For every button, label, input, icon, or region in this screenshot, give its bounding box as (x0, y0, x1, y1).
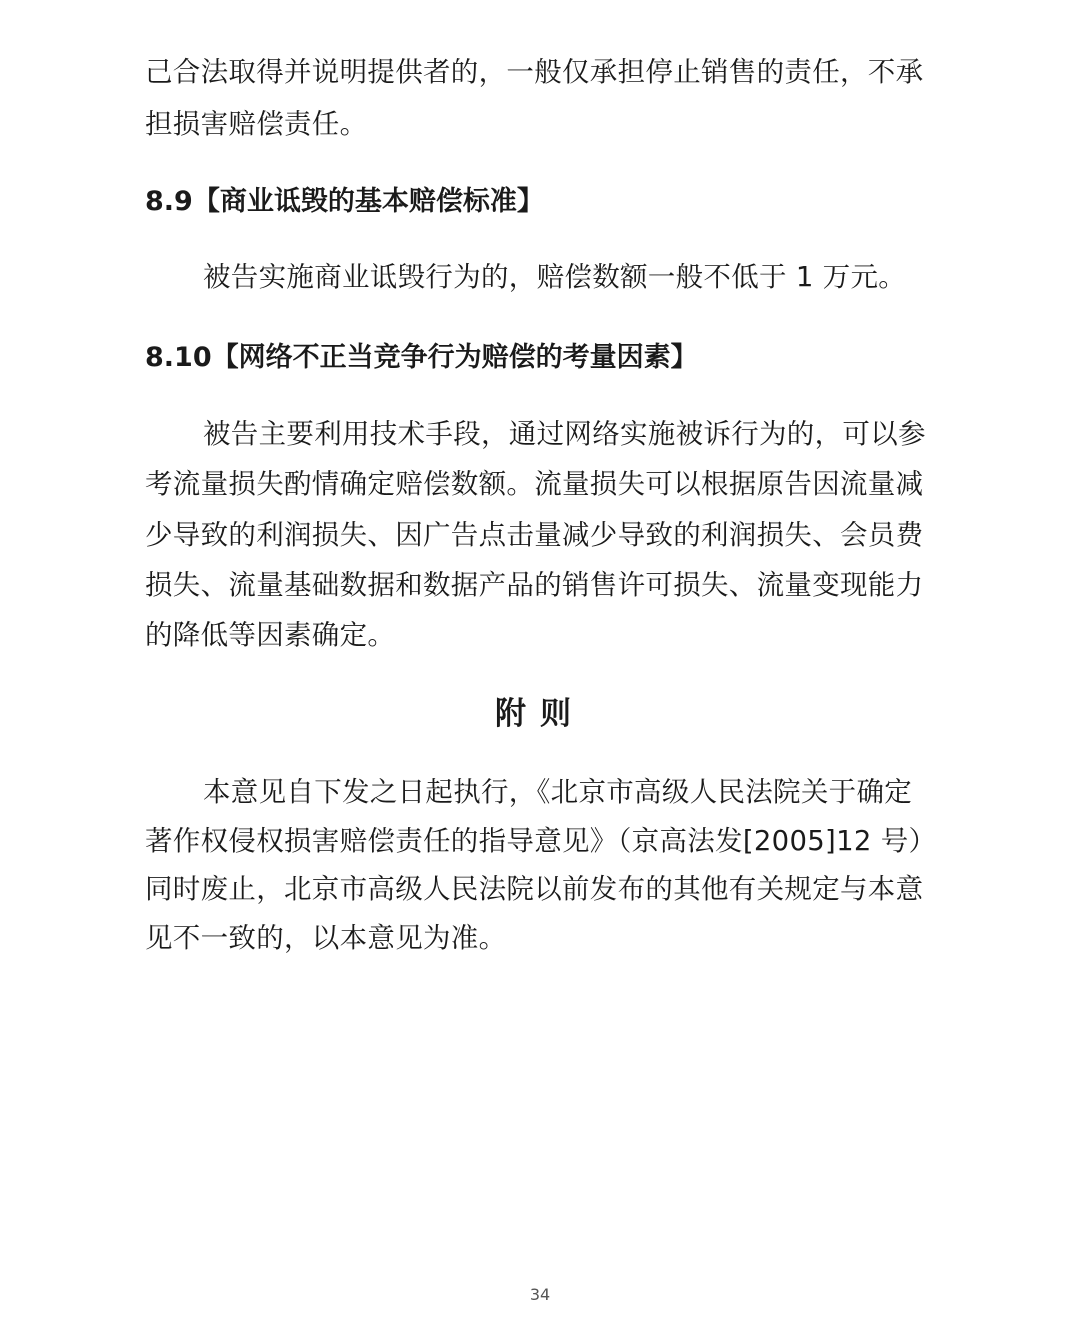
paragraph-line: 少导致的利润损失、因广告点击量减少导致的利润损失、会员费 (145, 517, 955, 553)
paragraph-line: 本意见自下发之日起执行，《北京市高级人民法院关于确定 (203, 774, 955, 810)
paragraph-line: 见不一致的，以本意见为准。 (145, 920, 955, 956)
paragraph-line: 同时废止，北京市高级人民法院以前发布的其他有关规定与本意 (145, 871, 955, 907)
paragraph-line: 考流量损失酌情确定赔偿数额。流量损失可以根据原告因流量减 (145, 466, 955, 502)
paragraph-line: 的降低等因素确定。 (145, 617, 955, 653)
section-title: 附则 (0, 694, 1080, 734)
paragraph-line: 己合法取得并说明提供者的，一般仅承担停止销售的责任，不承 (145, 54, 955, 90)
paragraph-line: 被告实施商业诋毁行为的，赔偿数额一般不低于 1 万元。 (203, 259, 955, 295)
paragraph-line: 著作权侵权损害赔偿责任的指导意见》（京高法发[2005]12 号） (145, 823, 955, 859)
paragraph-line: 损失、流量基础数据和数据产品的销售许可损失、流量变现能力 (145, 567, 955, 603)
article-heading: 8.9【商业诋毁的基本赔偿标准】 (145, 184, 955, 220)
paragraph-line: 担损害赔偿责任。 (145, 106, 955, 142)
page-number: 34 (0, 1285, 1080, 1305)
paragraph-line: 被告主要利用技术手段，通过网络实施被诉行为的，可以参 (203, 416, 955, 452)
article-heading: 8.10【网络不正当竞争行为赔偿的考量因素】 (145, 340, 955, 376)
